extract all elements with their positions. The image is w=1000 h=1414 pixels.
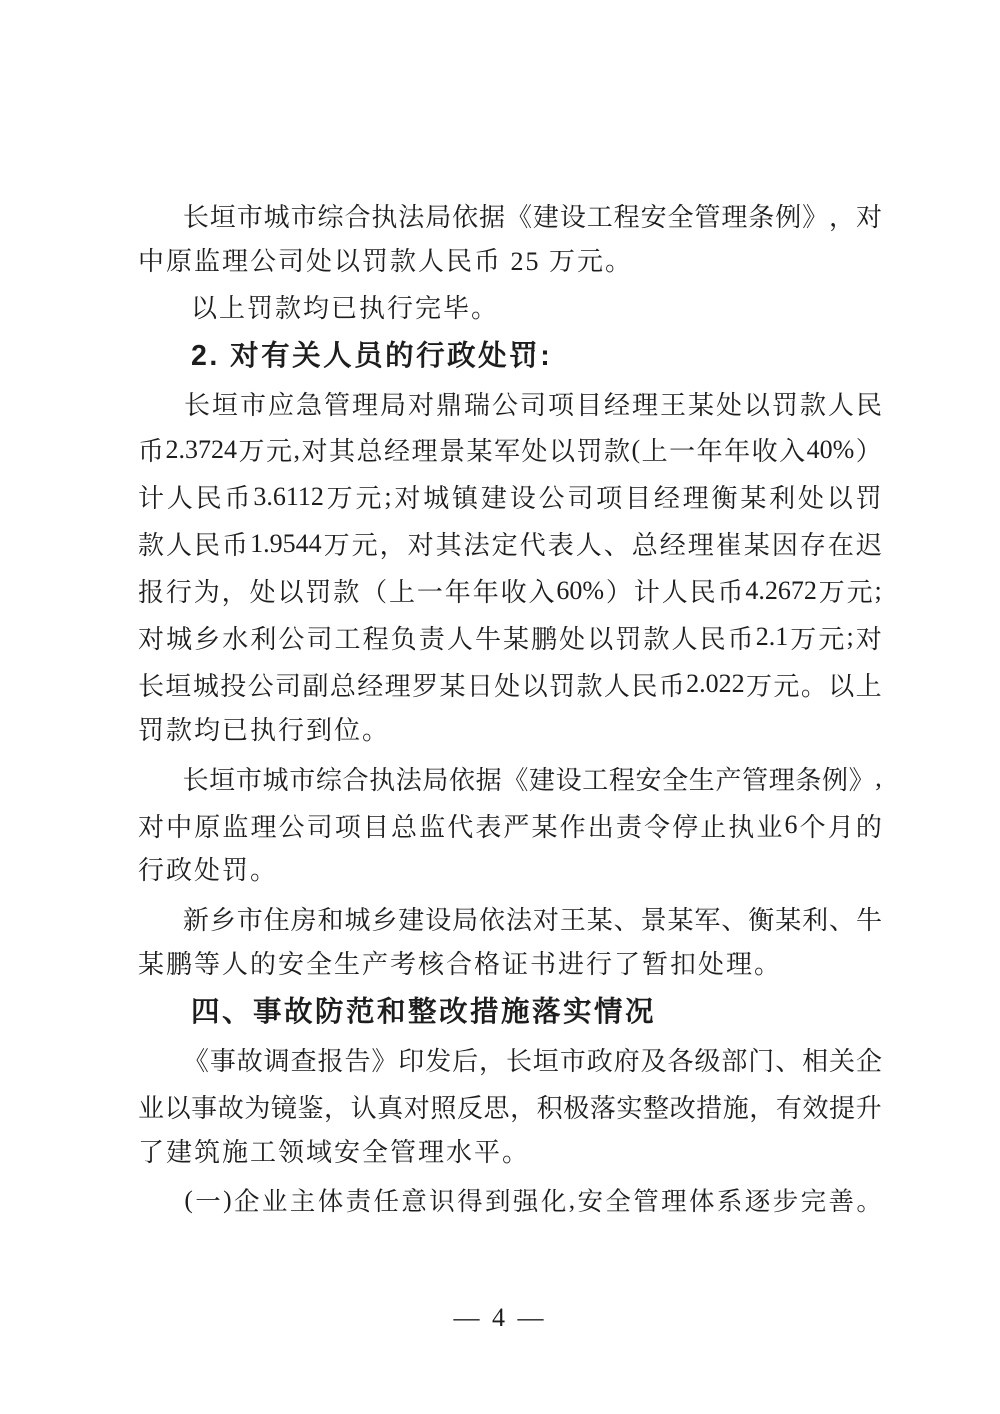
paragraph: 新乡市住房和城乡建设局依法对王某、景某军、衡某利、牛某鹏等人的安全生产考核合格证… <box>138 895 882 989</box>
text-line: 新乡市住房和城乡建设局依法对王某、景某军、衡某利、牛 <box>138 895 882 942</box>
text-line: 中原监理公司处以罚款人民币 25 万元。 <box>138 239 882 286</box>
text-line: 款人民币1.9544万元，对其法定代表人、总经理崔某因存在迟 <box>138 520 882 567</box>
text-line: 了建筑施工领域安全管理水平。 <box>138 1130 882 1177</box>
section-heading: 四、事故防范和整改措施落实情况 <box>138 989 882 1036</box>
text-line: 长垣市应急管理局对鼎瑞公司项目经理王某处以罚款人民 <box>138 380 882 427</box>
paragraph: 以上罚款均已执行完毕。 <box>138 286 882 333</box>
text-line: 《事故调查报告》印发后，长垣市政府及各级部门、相关企 <box>138 1036 882 1083</box>
paragraph: (一)企业主体责任意识得到强化,安全管理体系逐步完善。 <box>138 1177 882 1224</box>
text-line: 对中原监理公司项目总监代表严某作出责令停止执业6个月的 <box>138 802 882 849</box>
paragraph: 《事故调查报告》印发后，长垣市政府及各级部门、相关企业以事故为镜鉴，认真对照反思… <box>138 1036 882 1177</box>
text-line: 行政处罚。 <box>138 848 882 895</box>
paragraph: 长垣市城市综合执法局依据《建设工程安全生产管理条例》,对中原监理公司项目总监代表… <box>138 755 882 896</box>
text-line: 四、事故防范和整改措施落实情况 <box>138 989 882 1036</box>
paragraph: 长垣市城市综合执法局依据《建设工程安全管理条例》，对中原监理公司处以罚款人民币 … <box>138 192 882 286</box>
text-line: 2. 对有关人员的行政处罚: <box>138 333 882 380</box>
text-line: 长垣市城市综合执法局依据《建设工程安全生产管理条例》, <box>138 755 882 802</box>
paragraph: 长垣市应急管理局对鼎瑞公司项目经理王某处以罚款人民币2.3724万元,对其总经理… <box>138 380 882 755</box>
page-number-label: — 4 — <box>454 1303 547 1332</box>
text-line: 罚款均已执行到位。 <box>138 708 882 755</box>
text-line: 以上罚款均已执行完毕。 <box>138 286 882 333</box>
document-page: 长垣市城市综合执法局依据《建设工程安全管理条例》，对中原监理公司处以罚款人民币 … <box>0 0 1000 1414</box>
page-footer: — 4 — <box>0 1298 1000 1338</box>
text-line: 业以事故为镜鉴，认真对照反思，积极落实整改措施，有效提升 <box>138 1083 882 1130</box>
text-line: 报行为，处以罚款（上一年年收入60%）计人民币4.2672万元; <box>138 567 882 614</box>
section-heading: 2. 对有关人员的行政处罚: <box>138 333 882 380</box>
text-line: 计人民币3.6112万元;对城镇建设公司项目经理衡某利处以罚 <box>138 473 882 520</box>
document-body: 长垣市城市综合执法局依据《建设工程安全管理条例》，对中原监理公司处以罚款人民币 … <box>138 192 882 1224</box>
text-line: 长垣市城市综合执法局依据《建设工程安全管理条例》，对 <box>138 192 882 239</box>
text-line: 某鹏等人的安全生产考核合格证书进行了暂扣处理。 <box>138 942 882 989</box>
text-line: 币2.3724万元,对其总经理景某军处以罚款(上一年年收入40%） <box>138 426 882 473</box>
text-line: (一)企业主体责任意识得到强化,安全管理体系逐步完善。 <box>138 1177 882 1224</box>
text-line: 对城乡水利公司工程负责人牛某鹏处以罚款人民币2.1万元;对 <box>138 614 882 661</box>
text-line: 长垣城投公司副总经理罗某日处以罚款人民币2.022万元。以上 <box>138 661 882 708</box>
